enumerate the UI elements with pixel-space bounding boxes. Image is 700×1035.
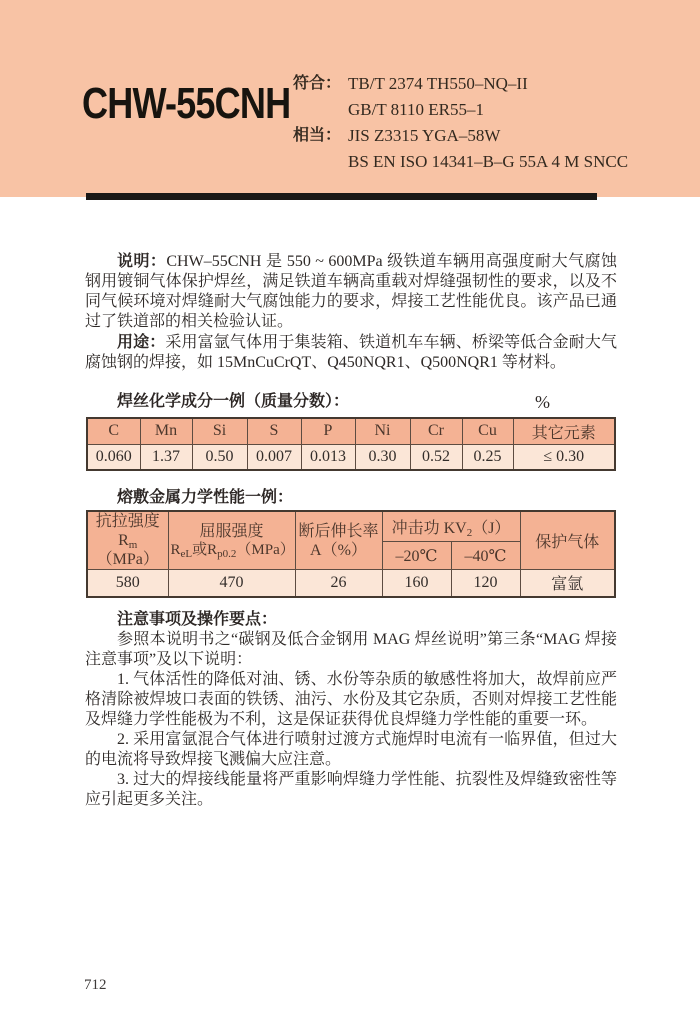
mech-header-elongation: 断后伸长率 A（%） — [295, 511, 382, 570]
notes-paragraph-ref: 参照本说明书之“碳钢及低合金钢用 MAG 焊丝说明”第三条“MAG 焊接注意事项… — [85, 630, 617, 670]
impact-temp-minus40: –40℃ — [451, 542, 520, 570]
mech-properties-table: 抗拉强度 Rm（MPa） 屈服强度 ReL或Rp0.2（MPa） 断后伸长率 A… — [86, 510, 616, 598]
yield-label-cn: 屈服强度 — [171, 522, 293, 541]
mech-value-yield: 470 — [168, 570, 295, 597]
chem-header-c: C — [87, 418, 140, 444]
header-band: CHW-55CNH 符合： TB/T 2374 TH550–NQ–II GB/T… — [0, 0, 700, 197]
description-label: 说明： — [117, 253, 166, 270]
mech-header-impact: 冲击功 KV2（J） — [382, 511, 520, 542]
notes-section: 注意事项及操作要点： 参照本说明书之“碳钢及低合金钢用 MAG 焊丝说明”第三条… — [85, 610, 617, 810]
impact-temp-minus20: –20℃ — [382, 542, 451, 570]
mech-value-impact40: 120 — [451, 570, 520, 597]
mech-table-title-text: 熔敷金属力学性能一例： — [117, 489, 293, 506]
chem-value-p: 0.013 — [301, 444, 355, 470]
mech-table-title: 熔敷金属力学性能一例： — [85, 488, 617, 508]
chem-header-ni: Ni — [355, 418, 410, 444]
chem-composition-table: C Mn Si S P Ni Cr Cu 其它元素 0.060 1.37 0.5… — [86, 417, 616, 471]
spec-label-spacer — [293, 97, 348, 123]
page-number: 712 — [84, 977, 107, 994]
mech-header-tensile: 抗拉强度 Rm（MPa） — [87, 511, 168, 570]
chem-value-cu: 0.25 — [462, 444, 513, 470]
conform-standard-2: GB/T 8110 ER55–1 — [348, 97, 628, 123]
yield-label-sym: ReL或Rp0.2（MPa） — [171, 541, 293, 560]
chem-header-cr: Cr — [410, 418, 462, 444]
conform-standard-1: TB/T 2374 TH550–NQ–II — [348, 71, 628, 97]
spec-label-spacer — [293, 149, 348, 175]
mech-header-row-1: 抗拉强度 Rm（MPa） 屈服强度 ReL或Rp0.2（MPa） 断后伸长率 A… — [87, 511, 615, 542]
chem-header-other: 其它元素 — [513, 418, 615, 444]
tensile-label-sym: Rm（MPa） — [90, 531, 166, 569]
chem-value-other: ≤ 0.30 — [513, 444, 615, 470]
product-title: CHW-55CNH — [82, 79, 290, 129]
mech-value-impact20: 160 — [382, 570, 451, 597]
usage-label: 用途： — [117, 334, 165, 351]
header-divider-bar — [86, 193, 597, 200]
chem-value-ni: 0.30 — [355, 444, 410, 470]
chem-table-title-text: 焊丝化学成分一例（质量分数）： — [117, 393, 349, 410]
usage-paragraph: 用途：采用富氩气体用于集装箱、铁道机车车辆、桥梁等低合金耐大气腐蚀钢的焊接，如 … — [85, 333, 617, 373]
chem-value-mn: 1.37 — [140, 444, 192, 470]
usage-text: 采用富氩气体用于集装箱、铁道机车车辆、桥梁等低合金耐大气腐蚀钢的焊接，如 15M… — [85, 334, 617, 371]
notes-paragraph-2: 2. 采用富氩混合气体进行喷射过渡方式施焊时电流有一临界值，但过大的电流将导致焊… — [85, 730, 617, 770]
mech-value-elongation: 26 — [295, 570, 382, 597]
mech-header-gas: 保护气体 — [520, 511, 615, 570]
conform-label: 符合： — [293, 71, 348, 97]
chem-value-s: 0.007 — [247, 444, 301, 470]
mech-value-tensile: 580 — [87, 570, 168, 597]
elongation-label-cn: 断后伸长率 — [298, 522, 380, 541]
equivalent-standard-1: JIS Z3315 YGA–58W — [348, 123, 628, 149]
chem-header-s: S — [247, 418, 301, 444]
equivalent-label: 相当： — [293, 123, 348, 149]
chem-value-c: 0.060 — [87, 444, 140, 470]
elongation-label-sym: A（%） — [298, 541, 380, 560]
chem-value-si: 0.50 — [192, 444, 247, 470]
description-paragraph: 说明：CHW–55CNH 是 550 ~ 600MPa 级铁道车辆用高强度耐大气… — [85, 252, 617, 332]
scanned-catalog-page: { "header": { "product_name": "CHW-55CNH… — [0, 0, 700, 1035]
chem-header-si: Si — [192, 418, 247, 444]
notes-paragraph-3: 3. 过大的焊接线能量将严重影响焊缝力学性能、抗裂性及焊缝致密性等应引起更多关注… — [85, 770, 617, 810]
chem-value-cr: 0.52 — [410, 444, 462, 470]
mech-value-row: 580 470 26 160 120 富氩 — [87, 570, 615, 597]
equivalent-standard-2: BS EN ISO 14341–B–G 55A 4 M SNCC — [348, 149, 628, 175]
chem-header-cu: Cu — [462, 418, 513, 444]
chem-table-unit: % — [535, 392, 550, 412]
chem-value-row: 0.060 1.37 0.50 0.007 0.013 0.30 0.52 0.… — [87, 444, 615, 470]
tensile-label-cn: 抗拉强度 — [90, 512, 166, 531]
chem-table-title: 焊丝化学成分一例（质量分数）： % — [85, 392, 617, 412]
mech-value-gas: 富氩 — [520, 570, 615, 597]
chem-header-mn: Mn — [140, 418, 192, 444]
mech-header-yield: 屈服强度 ReL或Rp0.2（MPa） — [168, 511, 295, 570]
standards-spec-list: 符合： TB/T 2374 TH550–NQ–II GB/T 8110 ER55… — [293, 71, 628, 175]
notes-paragraph-1: 1. 气体活性的降低对油、锈、水份等杂质的敏感性将加大，故焊前应严格清除被焊坡口… — [85, 670, 617, 730]
chem-header-row: C Mn Si S P Ni Cr Cu 其它元素 — [87, 418, 615, 444]
notes-heading: 注意事项及操作要点： — [85, 610, 617, 630]
chem-header-p: P — [301, 418, 355, 444]
